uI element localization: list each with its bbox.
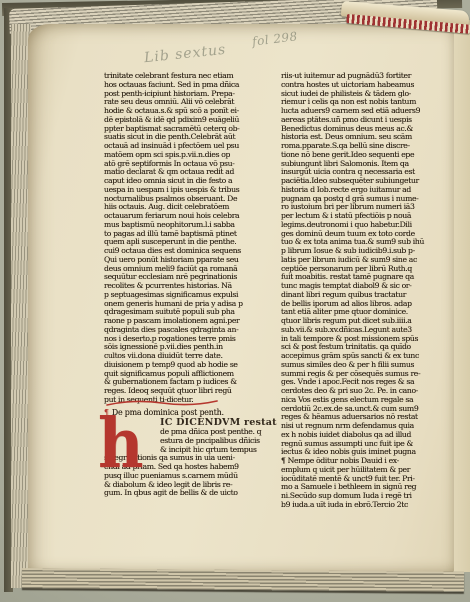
left-column-indented: de pma dñica post penthe. qestura de pnc… [160,428,276,454]
incipit-indented-lines: IC DICENDVM restat de pma dñica post pen… [160,418,276,455]
right-text-column: riis-ut iuitemur ad pugnādū3 fortitercon… [281,72,433,510]
handwritten-inscription-left: Lib sextus [143,42,227,67]
text-line: b9 iuda.a uīt iuda in ebrō.Tercio 2tc [281,501,433,510]
left-text-column: trinitate celebrant festura nec etiamhos… [104,72,276,498]
left-column-paragraph-1: trinitate celebrant festura nec etiamhos… [104,72,276,405]
page-stack-bottom-edge [22,568,464,592]
incipit-block: h IC DICENDVM restat de pma dñica post p… [104,418,276,499]
right-column-lines: riis-ut iuitemur ad pugnādū3 fortitercon… [281,72,433,510]
illuminated-initial-h: h [98,412,143,476]
handwritten-folio-number: fol 298 [251,29,298,48]
text-line: gum. In qbus agit de bellis & de uicto [104,489,276,498]
book-page: Lib sextus fol 298 trinitate celebrant f… [28,24,454,572]
photo-backdrop: Lib sextus fol 298 trinitate celebrant f… [0,0,470,602]
